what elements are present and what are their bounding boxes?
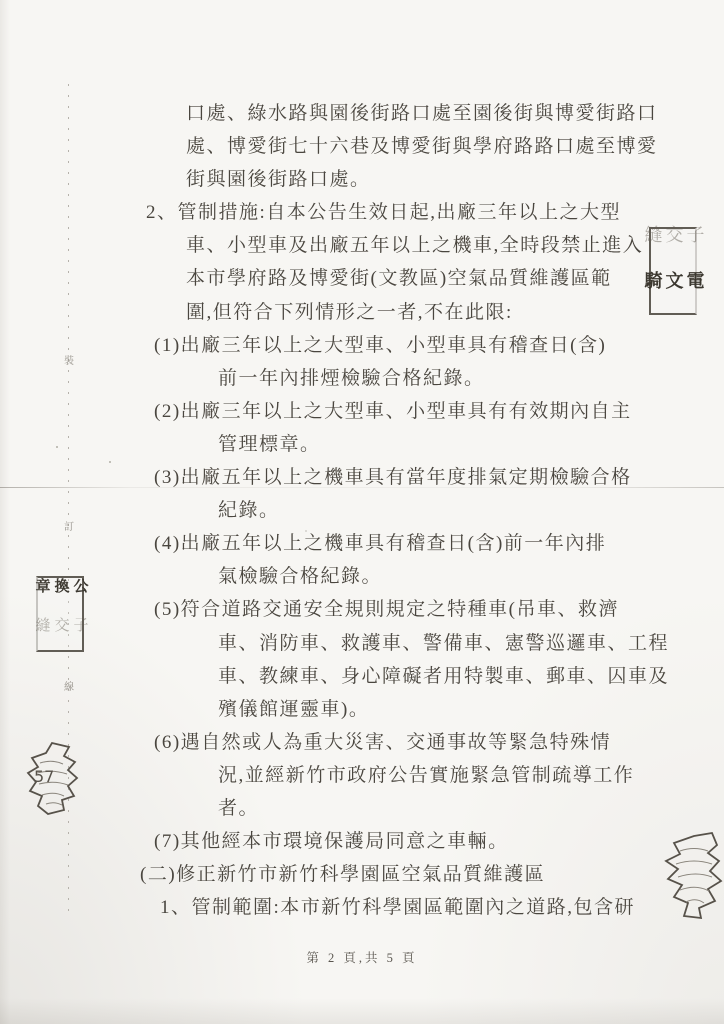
scan-speck — [109, 461, 111, 463]
text-line: 街與園後街路口處。 — [0, 163, 724, 196]
stamp-bold-column: 電文騎 — [642, 271, 705, 313]
text-line: 氣檢驗合格紀錄。 — [0, 560, 724, 593]
scan-speck — [56, 446, 58, 448]
text-line: 況,並經新竹市政府公告實施緊急管制疏導工作 — [0, 759, 724, 792]
stamp-bold-column: 公換章 — [32, 578, 89, 614]
text-line: (7)其他經本市環境保護局同意之車輛。 — [0, 825, 724, 858]
embossed-seal-left: 57 — [18, 740, 84, 818]
text-line: (6)遇自然或人為重大災害、交通事故等緊急特殊情 — [0, 726, 724, 759]
text-line: 紀錄。 — [0, 494, 724, 527]
text-line: (4)出廠五年以上之機車具有稽查日(含)前一年內排 — [0, 527, 724, 560]
text-line: 者。 — [0, 792, 724, 825]
text-line: (二)修正新竹市新竹科學園區空氣品質維護區 — [0, 858, 724, 891]
page-number-footer: 第 2 頁,共 5 頁 — [0, 948, 724, 966]
electronic-exchange-stamp: 子交縫 電文騎 — [649, 227, 697, 315]
text-line: 車、消防車、救護車、警備車、憲警巡邏車、工程 — [0, 627, 724, 660]
stamp-faint-column: 子交縫 — [32, 617, 89, 653]
text-line: 本市學府路及博愛街(文教區)空氣品質維護區範 — [0, 262, 724, 295]
scanned-document-page: 裝 訂 線 口處、綠水路與園後街路口處至園後街與博愛街路口 處、博愛街七十六巷及… — [0, 0, 724, 1024]
stamp-faint-column: 子交縫 — [642, 225, 705, 267]
scan-speck — [305, 530, 307, 532]
text-line: 前一年內排煙檢驗合格紀錄。 — [0, 362, 724, 395]
text-line: 圍,但符合下列情形之一者,不在此限: — [0, 296, 724, 329]
text-line: (1)出廠三年以上之大型車、小型車具有稽查日(含) — [0, 329, 724, 362]
embossed-seal-right — [654, 831, 724, 923]
text-line: 車、教練車、身心障礙者用特製車、郵車、囚車及 — [0, 660, 724, 693]
text-line: 殯儀館運靈車)。 — [0, 693, 724, 726]
text-line: 管理標章。 — [0, 428, 724, 461]
text-line: (5)符合道路交通安全規則規定之特種車(吊車、救濟 — [0, 593, 724, 626]
text-line: (3)出廠五年以上之機車具有當年度排氣定期檢驗合格 — [0, 461, 724, 494]
text-line: 1、管制範圍:本市新竹科學園區範圍內之道路,包含研 — [0, 891, 724, 924]
text-line: 處、博愛街七十六巷及博愛街與學府路路口處至博愛 — [0, 130, 724, 163]
text-line: 車、小型車及出廠五年以上之機車,全時段禁止進入 — [0, 229, 724, 262]
text-line: 2、管制措施:自本公告生效日起,出廠三年以上之大型 — [0, 196, 724, 229]
text-line: (2)出廠三年以上之大型車、小型車具有有效期內自主 — [0, 395, 724, 428]
document-body: 口處、綠水路與園後街路口處至園後街與博愛街路口 處、博愛街七十六巷及博愛街與學府… — [0, 97, 724, 924]
document-exchange-stamp: 公換章 子交縫 — [36, 576, 84, 652]
text-line: 口處、綠水路與園後街路口處至園後街與博愛街路口 — [0, 97, 724, 130]
seal-number: 57 — [34, 767, 54, 786]
